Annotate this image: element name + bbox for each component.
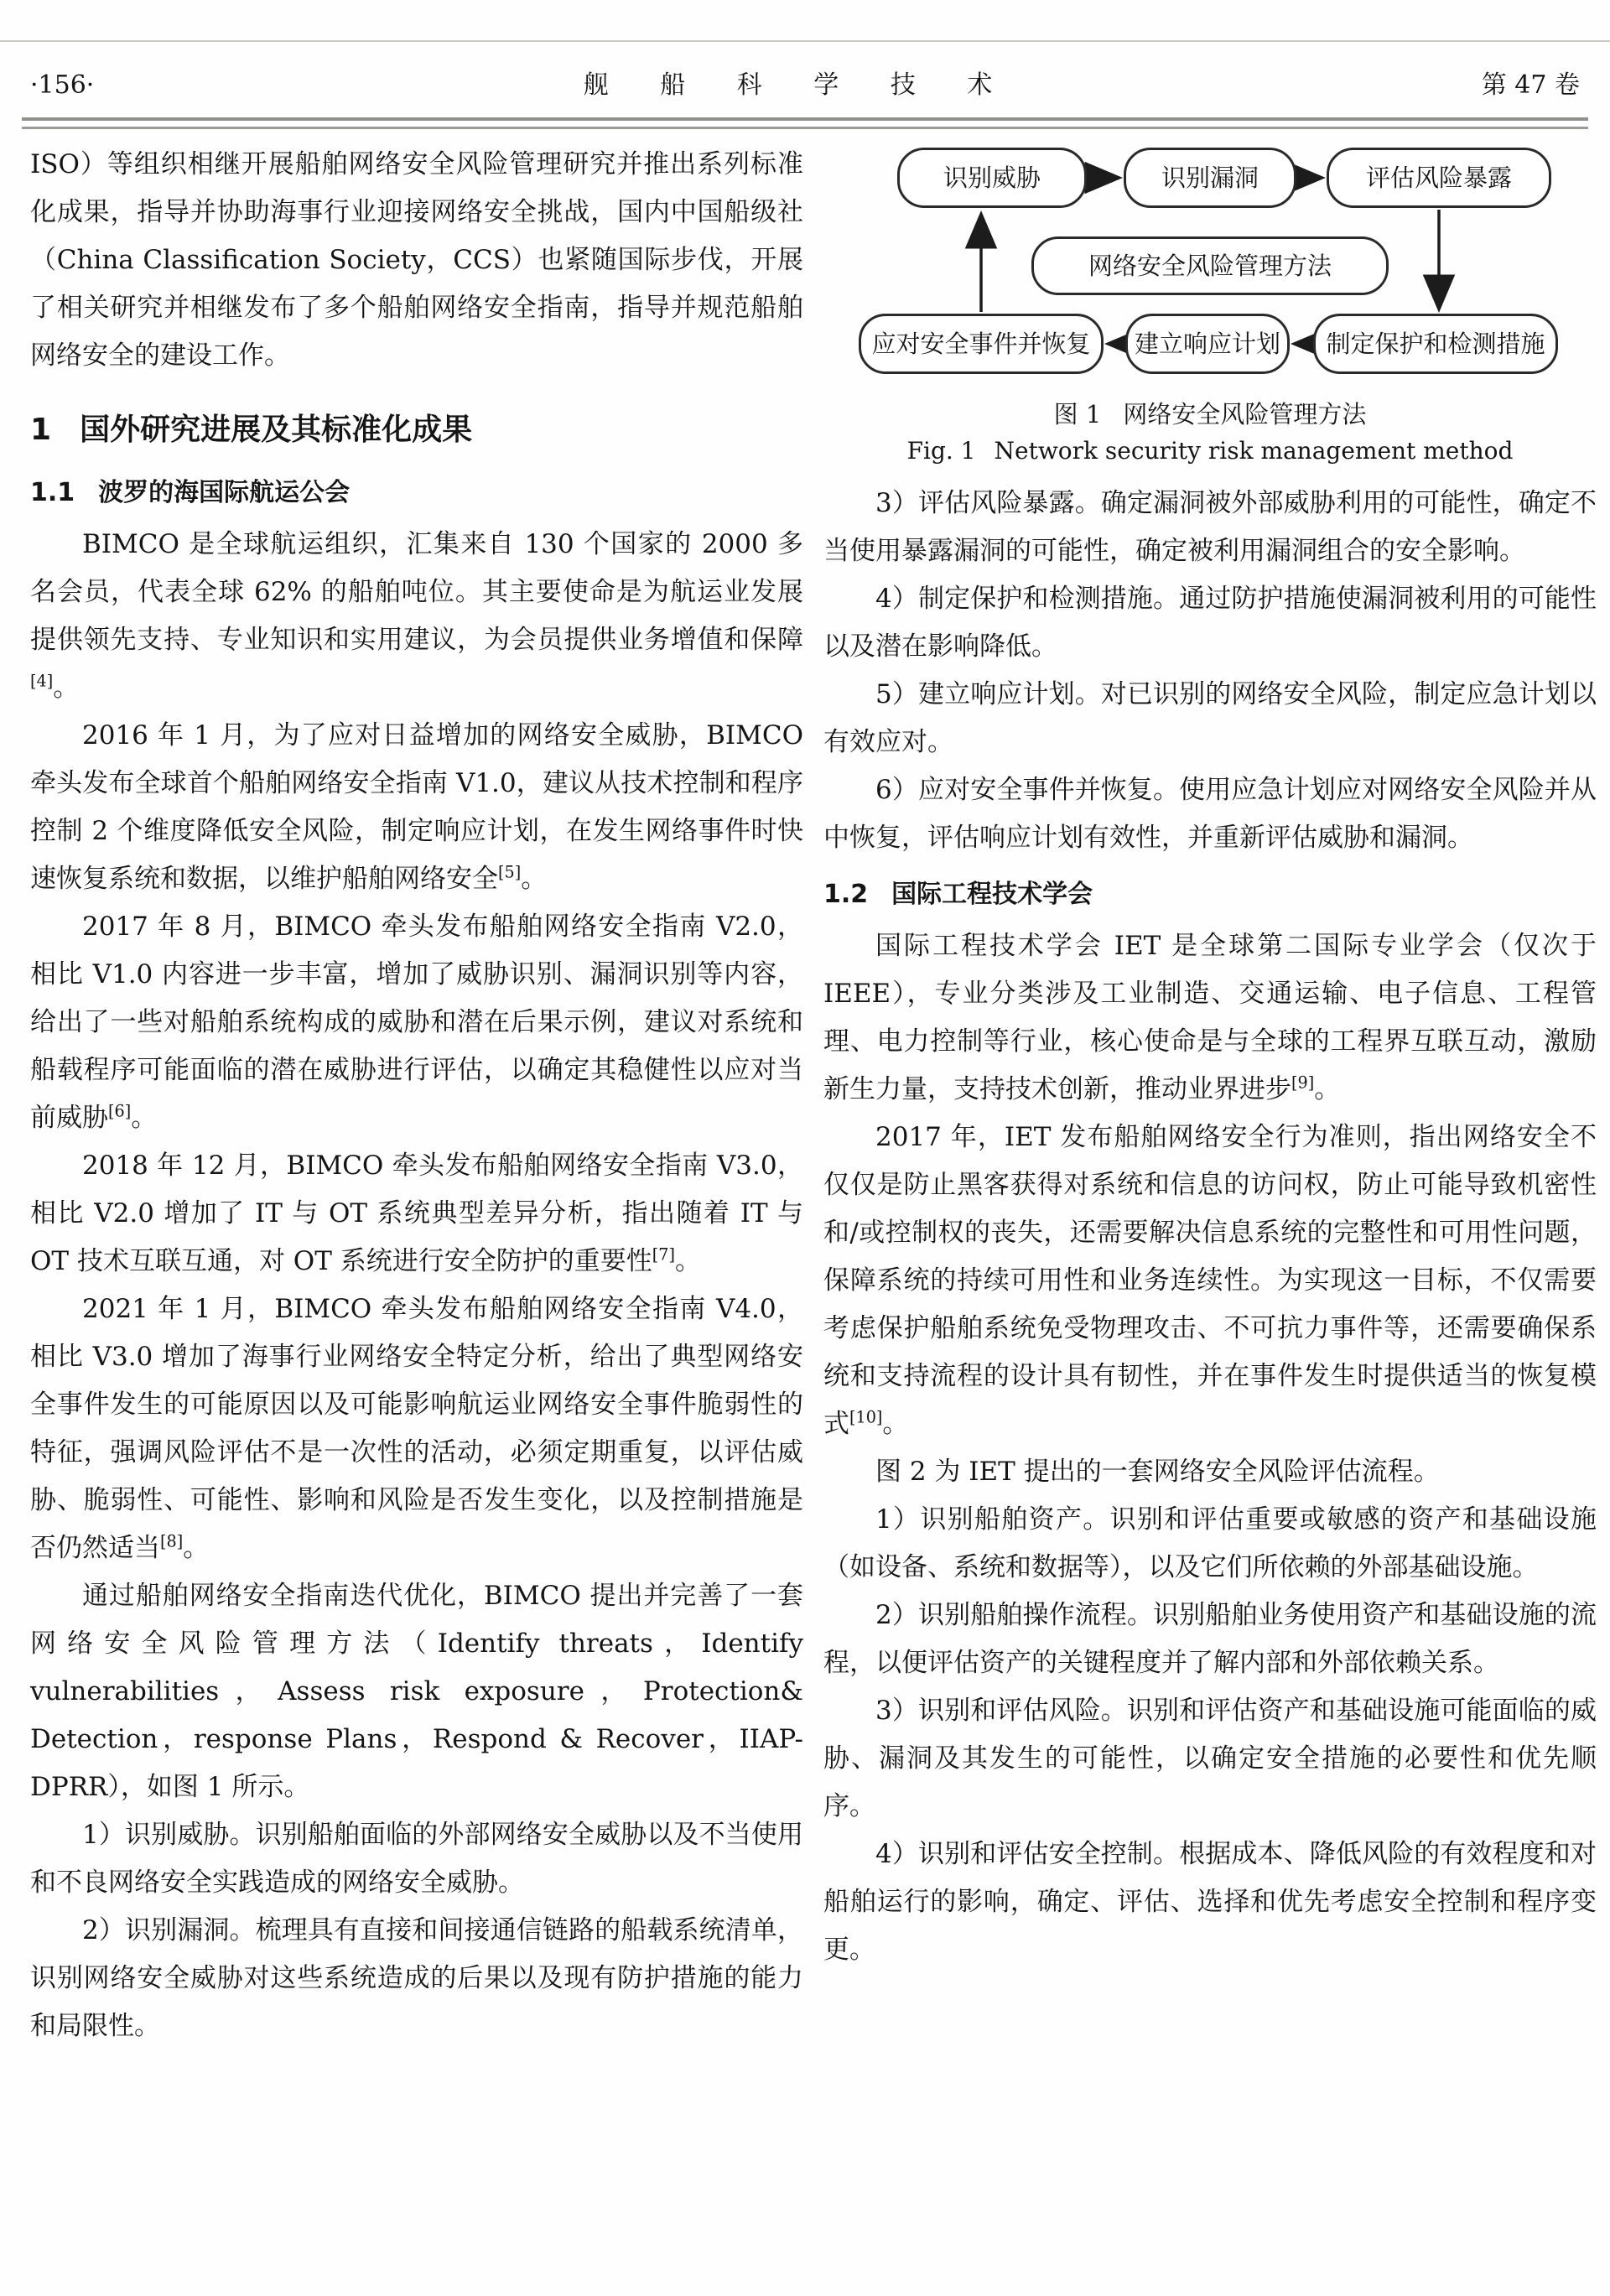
paragraph-2018: 2018 年 12 月，BIMCO 牵头发布船舶网络安全指南 V3.0，相比 V… [30,1142,803,1286]
page-header: ·156· 舰 船 科 学 技 术 第 47 卷 [30,64,1580,101]
flow-box-assess-risk-exposure: 评估风险暴露 [1327,148,1551,208]
paragraph-step2: 2）识别漏洞。梳理具有直接和间接通信链路的船载系统清单，识别网络安全威胁对这些系… [30,1907,803,2050]
paragraph-protection-measures: 4）制定保护和检测措施。通过防护措施使漏洞被利用的可能性以及潜在影响降低。 [823,575,1597,671]
paragraph-2017: 2017 年 8 月，BIMCO 牵头发布船舶网络安全指南 V2.0，相比 V1… [30,903,803,1142]
paragraph-assess-step4: 4）识别和评估安全控制。根据成本、降低风险的有效程度和对船舶运行的影响，确定、评… [823,1831,1597,1974]
section-1-1-heading: 1.1波罗的海国际航运公会 [30,472,803,514]
paragraph-response-plan: 5）建立响应计划。对已识别的网络安全风险，制定应急计划以有效应对。 [823,671,1597,766]
paragraph-assess-risk: 3）评估风险暴露。确定漏洞被外部威胁利用的可能性，确定不当使用暴露漏洞的可能性，… [823,480,1597,575]
section-1-2-heading: 1.2国际工程技术学会 [823,874,1597,916]
paragraph-intro: ISO）等组织相继开展船舶网络安全风险管理研究并推出系列标准化成果，指导并协助海… [30,141,803,380]
flow-box-identify-threats: 识别威胁 [897,148,1087,208]
paragraph-iet-2017: 2017 年，IET 发布船舶网络安全行为准则，指出网络安全不仅仅是防止黑客获得… [823,1114,1597,1448]
journal-title: 舰 船 科 学 技 术 [562,64,1015,101]
flow-box-protection-detection: 制定保护和检测措施 [1313,314,1558,374]
paragraph-figure2-ref: 图 2 为 IET 提出的一套网络安全风险评估流程。 [823,1448,1597,1496]
paragraph-assess-step2: 2）识别船舶操作流程。识别船舶业务使用资产和基础设施的流程，以便评估资产的关键程… [823,1592,1597,1687]
paragraph-iet-intro: 国际工程技术学会 IET 是全球第二国际专业学会（仅次于 IEEE），专业分类涉… [823,922,1597,1114]
paper-page: ·156· 舰 船 科 学 技 术 第 47 卷 ISO）等组织相继开展船舶网络… [0,0,1610,2296]
figure-1-caption-en: Fig. 1Network security risk management m… [823,433,1597,470]
paragraph-assess-step1: 1）识别船舶资产。识别和评估重要或敏感的资产和基础设施（如设备、系统和数据等），… [823,1496,1597,1592]
flow-box-response-plans: 建立响应计划 [1125,314,1290,374]
paragraph-step1: 1）识别威胁。识别船舶面临的外部网络安全威胁以及不当使用和不良网络安全实践造成的… [30,1811,803,1907]
paragraph-dprr: 通过船舶网络安全指南迭代优化，BIMCO 提出并完善了一套网络安全风险管理方法（… [30,1572,803,1811]
paragraph-assess-step3: 3）识别和评估风险。识别和评估资产和基础设施可能面临的威胁、漏洞及其发生的可能性… [823,1687,1597,1831]
section-1-2-number: 1.2 [823,880,868,909]
section-1-1-number: 1.1 [30,478,75,507]
header-double-rule [22,117,1588,129]
volume-label: 第 47 卷 [1482,64,1580,101]
figure-1-caption-zh: 图 1网络安全风险管理方法 [823,396,1597,433]
flow-box-identify-vulnerabilities: 识别漏洞 [1124,148,1296,208]
section-1-title: 国外研究进展及其标准化成果 [80,413,472,447]
flow-box-respond-recover: 应对安全事件并恢复 [859,314,1104,374]
section-1-number: 1 [30,413,51,447]
paragraph-2016: 2016 年 1 月，为了应对日益增加的网络安全威胁，BIMCO 牵头发布全球首… [30,712,803,903]
right-column: 识别威胁 识别漏洞 评估风险暴露 网络安全风险管理方法 应对安全事件并恢复 建立… [823,134,1597,1974]
scan-artifact-line [0,40,1610,42]
left-column: ISO）等组织相继开展船舶网络安全风险管理研究并推出系列标准化成果，指导并协助海… [30,141,803,2050]
paragraph-bimco: BIMCO 是全球航运组织，汇集来自 130 个国家的 2000 多名会员，代表… [30,521,803,712]
paragraph-respond-recover: 6）应对安全事件并恢复。使用应急计划应对网络安全风险并从中恢复，评估响应计划有效… [823,766,1597,862]
section-1-1-title: 波罗的海国际航运公会 [98,478,350,507]
paragraph-2021: 2021 年 1 月，BIMCO 牵头发布船舶网络安全指南 V4.0，相比 V3… [30,1286,803,1572]
figure-1-flowchart: 识别威胁 识别漏洞 评估风险暴露 网络安全风险管理方法 应对安全事件并恢复 建立… [823,139,1597,382]
page-number: ·156· [30,70,94,100]
section-1-heading: 1国外研究进展及其标准化成果 [30,410,803,450]
flow-box-management-method: 网络安全风险管理方法 [1031,236,1389,295]
section-1-2-title: 国际工程技术学会 [891,880,1093,909]
